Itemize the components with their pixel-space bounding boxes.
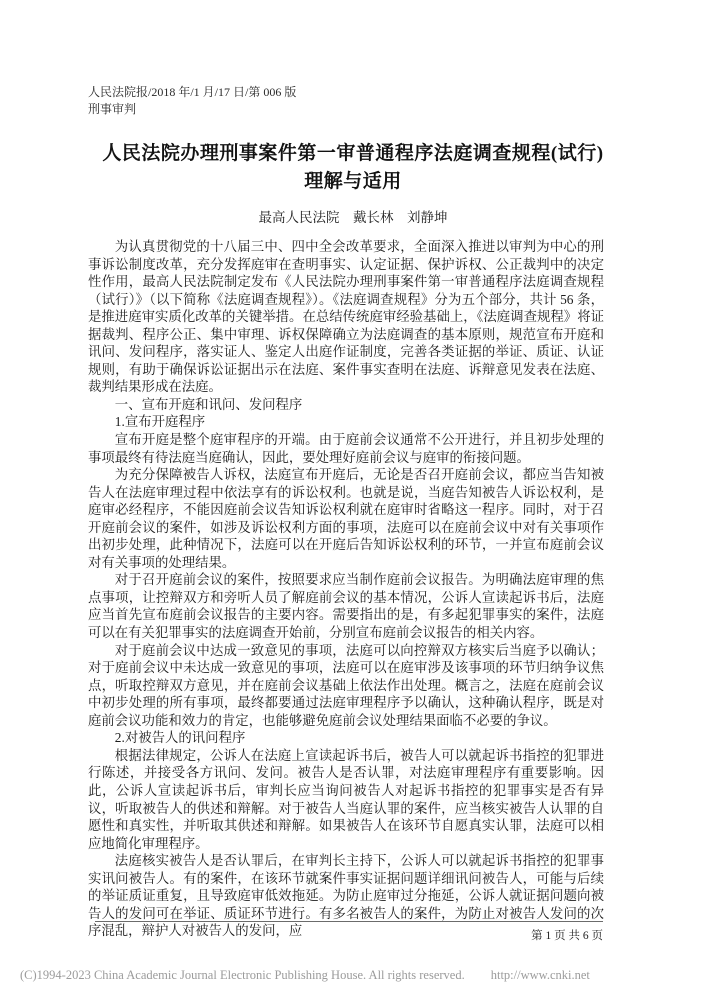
paragraph: 宣布开庭是整个庭审程序的开端。由于庭前会议通常不公开进行，并且初步处理的事项最终…: [88, 431, 604, 466]
section-heading: 1.宣布开庭程序: [88, 413, 604, 431]
page-indicator: 第 1 页 共 6 页: [88, 927, 603, 943]
paragraph: 为认真贯彻党的十八届三中、四中全会改革要求，全面深入推进以审判为中心的刑事诉讼制…: [88, 238, 604, 396]
publication-meta: 人民法院报/2018 年/1 月/17 日/第 006 版 刑事审判: [88, 84, 608, 118]
article-title-line1: 人民法院办理刑事案件第一审普通程序法庭调查规程(试行): [60, 140, 646, 168]
paragraph: 对于庭前会议中达成一致意见的事项，法庭可以向控辩双方核实后当庭予以确认；对于庭前…: [88, 642, 604, 730]
publication-source-line: 人民法院报/2018 年/1 月/17 日/第 006 版: [88, 84, 608, 101]
copyright-bar: (C)1994-2023 China Academic Journal Elec…: [20, 968, 680, 983]
article-authors: 最高人民法院 戴长林 刘静坤: [0, 206, 706, 226]
footer-divider: [95, 921, 603, 922]
section-heading: 2.对被告人的讯问程序: [88, 729, 604, 747]
copyright-notice: (C)1994-2023 China Academic Journal Elec…: [20, 968, 465, 982]
publication-section: 刑事审判: [88, 101, 608, 118]
article-body: 为认真贯彻党的十八届三中、四中全会改革要求，全面深入推进以审判为中心的刑事诉讼制…: [88, 238, 604, 940]
cnki-url: http://www.cnki.net: [491, 968, 590, 982]
document-page: 人民法院报/2018 年/1 月/17 日/第 006 版 刑事审判 人民法院办…: [0, 0, 706, 999]
paragraph: 对于召开庭前会议的案件，按照要求应当制作庭前会议报告。为明确法庭审理的焦点事项，…: [88, 571, 604, 641]
paragraph: 为充分保障被告人诉权，法庭宣布开庭后，无论是否召开庭前会议，都应当告知被告人在法…: [88, 466, 604, 571]
paragraph: 根据法律规定，公诉人在法庭上宣读起诉书后，被告人可以就起诉书指控的犯罪进行陈述，…: [88, 747, 604, 852]
section-heading: 一、宣布开庭和讯问、发问程序: [88, 396, 604, 414]
article-title: 人民法院办理刑事案件第一审普通程序法庭调查规程(试行) 理解与适用: [60, 140, 646, 196]
article-title-line2: 理解与适用: [60, 168, 646, 196]
